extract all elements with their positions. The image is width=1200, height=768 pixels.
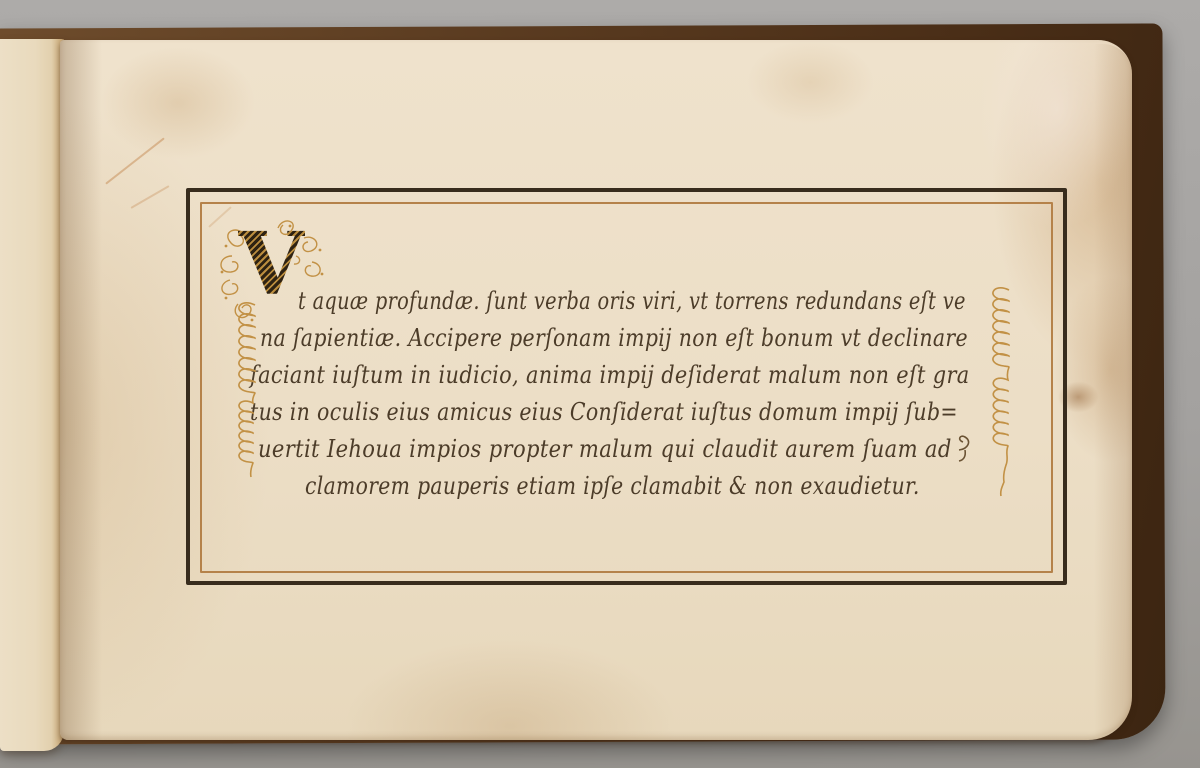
text-line-5: uertit Iehoua impios propter malum qui c… xyxy=(258,431,952,468)
text-line-6: clamorem pauperis etiam ipſe clamabit & … xyxy=(305,468,920,505)
text-line-4: tus in oculis eius amicus eius Conſidera… xyxy=(250,394,958,431)
margin-flourish-right xyxy=(985,286,1015,586)
gutter-shadow xyxy=(60,40,102,740)
text-line-2: na ſapientiæ. Accipere perſonam impij no… xyxy=(260,320,968,357)
line-end-flourish xyxy=(956,434,982,466)
margin-flourish-left xyxy=(232,301,260,505)
text-line-3: faciant iuſtum in iudicio, anima impij d… xyxy=(250,357,970,394)
text-line-1: t aquæ profundæ. ſunt verba oris viri, v… xyxy=(298,283,966,320)
facing-page xyxy=(0,39,64,751)
